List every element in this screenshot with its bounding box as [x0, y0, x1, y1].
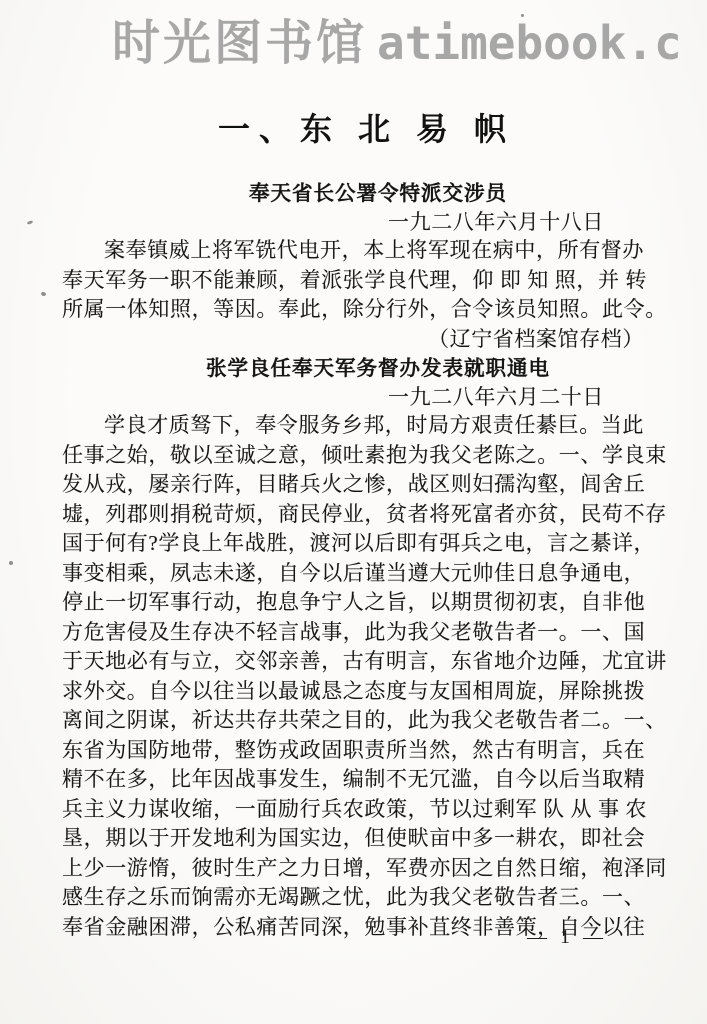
text-line: 学良才质驽下，奉令服务乡邦，时局方艰责任綦巨。当此: [62, 411, 650, 441]
text-line: 任事之始，敬以至诚之意，倾吐素抱为我父老陈之。一、学良束: [62, 441, 650, 471]
scan-speck: [9, 561, 13, 565]
text-line: 感生存之乐而饷需亦无竭蹶之忧，此为我父老敬告者三。一、: [62, 883, 650, 913]
document2-date: 一九二八年六月二十日: [62, 381, 650, 411]
document1-archive-source: （辽宁省档案馆存档）: [62, 325, 650, 355]
scan-speck: [27, 220, 34, 225]
text-line: 墟，列郡则捐税苛烦，商民停业，贫者将死富者亦贫，民苟不存: [62, 500, 650, 530]
watermark-latin-text: atimebook.c: [377, 16, 682, 70]
text-line: 垦，期以于开发地利为国实边，但使畎亩中多一耕农，即社会: [62, 824, 650, 854]
text-line: 东省为国防地带，整饬戎政固职责所当然，然古有明言，兵在: [62, 736, 650, 766]
text-line: 所属一体知照，等因。奉此，除分行外，合令该员知照。此令。: [62, 295, 650, 325]
page-number: — 1 —: [0, 926, 707, 949]
text-line: 求外交。自今以往当以最诚恳之态度与友国相周旋，屏除挑拨: [62, 677, 650, 707]
document2-heading: 张学良任奉天军务督办发表就职通电: [62, 351, 650, 381]
text-line: 于天地必有与立，交邻亲善，古有明言，东省地介边陲，尤宜讲: [62, 647, 650, 677]
text-line: 停止一切军事行动，抱息争宁人之旨，以期贯彻初衷，自非他: [62, 588, 650, 618]
text-line: 案奉镇威上将军铣代电开，本上将军现在病中，所有督办: [62, 236, 650, 266]
text-line: 奉天军务一职不能兼顾，着派张学良代理，仰 即 知 照，并 转: [62, 266, 650, 296]
text-line: 上少一游惰，彼时生产之力日增，军费亦因之自然日缩，袍泽同: [62, 854, 650, 884]
scanned-book-page: 时光图书馆atimebook.c 一、东 北 易 帜 奉天省长公署令特派交涉员 …: [0, 0, 707, 1024]
document1-heading: 奉天省长公署令特派交涉员: [62, 176, 650, 206]
text-line: 离间之阴谋，祈达共存共荣之目的，此为我父老敬告者二。一、: [62, 706, 650, 736]
scan-speck: [521, 14, 524, 17]
chapter-title: 一、东 北 易 帜: [0, 104, 707, 150]
text-line: 精不在多，比年因战事发生，编制不无冗滥，自今以后当取精: [62, 765, 650, 795]
watermark: 时光图书馆atimebook.c: [112, 4, 682, 73]
text-line: 方危害侵及生存决不轻言战事，此为我父老敬告者一。一、国: [62, 618, 650, 648]
document1-body: 案奉镇威上将军铣代电开，本上将军现在病中，所有督办 奉天军务一职不能兼顾，着派张…: [62, 236, 650, 354]
text-line: 兵主义力谋收缩，一面励行兵农政策，节以过剩军 队 从 事 农: [62, 795, 650, 825]
text-line: 国于何有?学良上年战胜，渡河以后即有弭兵之电，言之綦详，: [62, 529, 650, 559]
document1-date: 一九二八年六月十八日: [62, 206, 650, 236]
document2-body: 学良才质驽下，奉令服务乡邦，时局方艰责任綦巨。当此 任事之始，敬以至诚之意，倾吐…: [62, 411, 650, 942]
text-line: 发从戎，屡亲行阵，目睹兵火之惨，战区则妇孺沟壑，闾舍丘: [62, 470, 650, 500]
scan-speck: [41, 291, 47, 296]
text-line: 事变相乘，夙志未遂，自今以后谨当遵大元帅佳日息争通电，: [62, 559, 650, 589]
watermark-chinese-text: 时光图书馆: [112, 17, 367, 70]
